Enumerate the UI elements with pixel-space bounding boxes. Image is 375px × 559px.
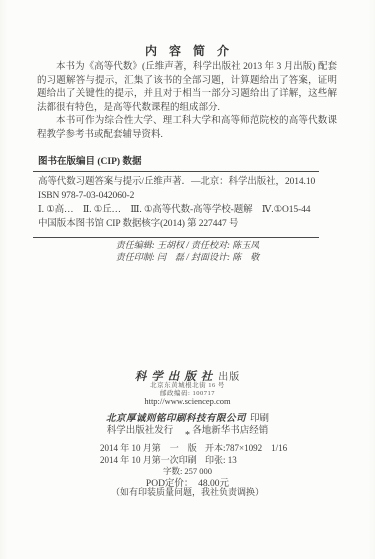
printing-date: 2014 年 10 月第一次印刷 (100, 453, 197, 466)
quality-note: （如有印装质量问题，我社负责调换） (0, 485, 375, 498)
cip-registration-line: 中国版本图书馆 CIP 数据核字(2014) 第 227447 号 (38, 217, 319, 231)
cip-body: 高等代数习题答案与提示/丘维声著．—北京：科学出版社，2014.10 ISBN … (33, 172, 319, 238)
credits-print-design-line: 责任印制: 闫 磊 / 封面设计: 陈 敬 (0, 252, 375, 264)
cip-title-line: 高等代数习题答案与提示/丘维声著．—北京：科学出版社，2014.10 (38, 175, 319, 189)
cip-classification-line: Ⅰ. ①高… Ⅱ. ①丘… Ⅲ. ①高等代数-高等学校-题解 Ⅳ.①O15-44 (38, 203, 319, 217)
edition-row-1: 2014 年 10 月第 一 版 开本:787×1092 1/16 (100, 441, 290, 453)
edition-block: 2014 年 10 月第 一 版 开本:787×1092 1/16 2014 年… (100, 441, 290, 465)
page-title: 内 容 简 介 (0, 42, 375, 59)
book-copyright-page: 内 容 简 介 本书为《高等代数》(丘维声著，科学出版社 2013 年 3 月出… (0, 0, 375, 559)
cip-block: 图书在版编目 (CIP) 数据 高等代数习题答案与提示/丘维声著．—北京：科学出… (33, 151, 319, 238)
credits-editor-line: 责任编辑: 王胡权 / 责任校对: 陈玉凤 (0, 240, 375, 252)
cip-heading: 图书在版编目 (CIP) 数据 (33, 151, 319, 172)
credits-block: 责任编辑: 王胡权 / 责任校对: 陈玉凤 责任印制: 闫 磊 / 封面设计: … (0, 240, 375, 264)
publisher-url: http://www.sciencep.com (0, 396, 375, 406)
intro-paragraph-2: 本书可作为综合性大学、理工科大学和高等师范院校的高等代数课程教学参考书或配套辅导… (37, 115, 337, 142)
intro-paragraph-1: 本书为《高等代数》(丘维声著，科学出版社 2013 年 3 月出版) 配套的习题… (37, 61, 337, 115)
edition-row-2: 2014 年 10 月第一次印刷 印张: 13 (100, 453, 290, 465)
intro-section: 本书为《高等代数》(丘维声著，科学出版社 2013 年 3 月出版) 配套的习题… (37, 61, 337, 143)
cip-isbn-line: ISBN 978-7-03-042060-2 (38, 189, 319, 203)
sheet-count: 印张: 13 (205, 453, 237, 466)
separator-star: * (0, 431, 375, 441)
